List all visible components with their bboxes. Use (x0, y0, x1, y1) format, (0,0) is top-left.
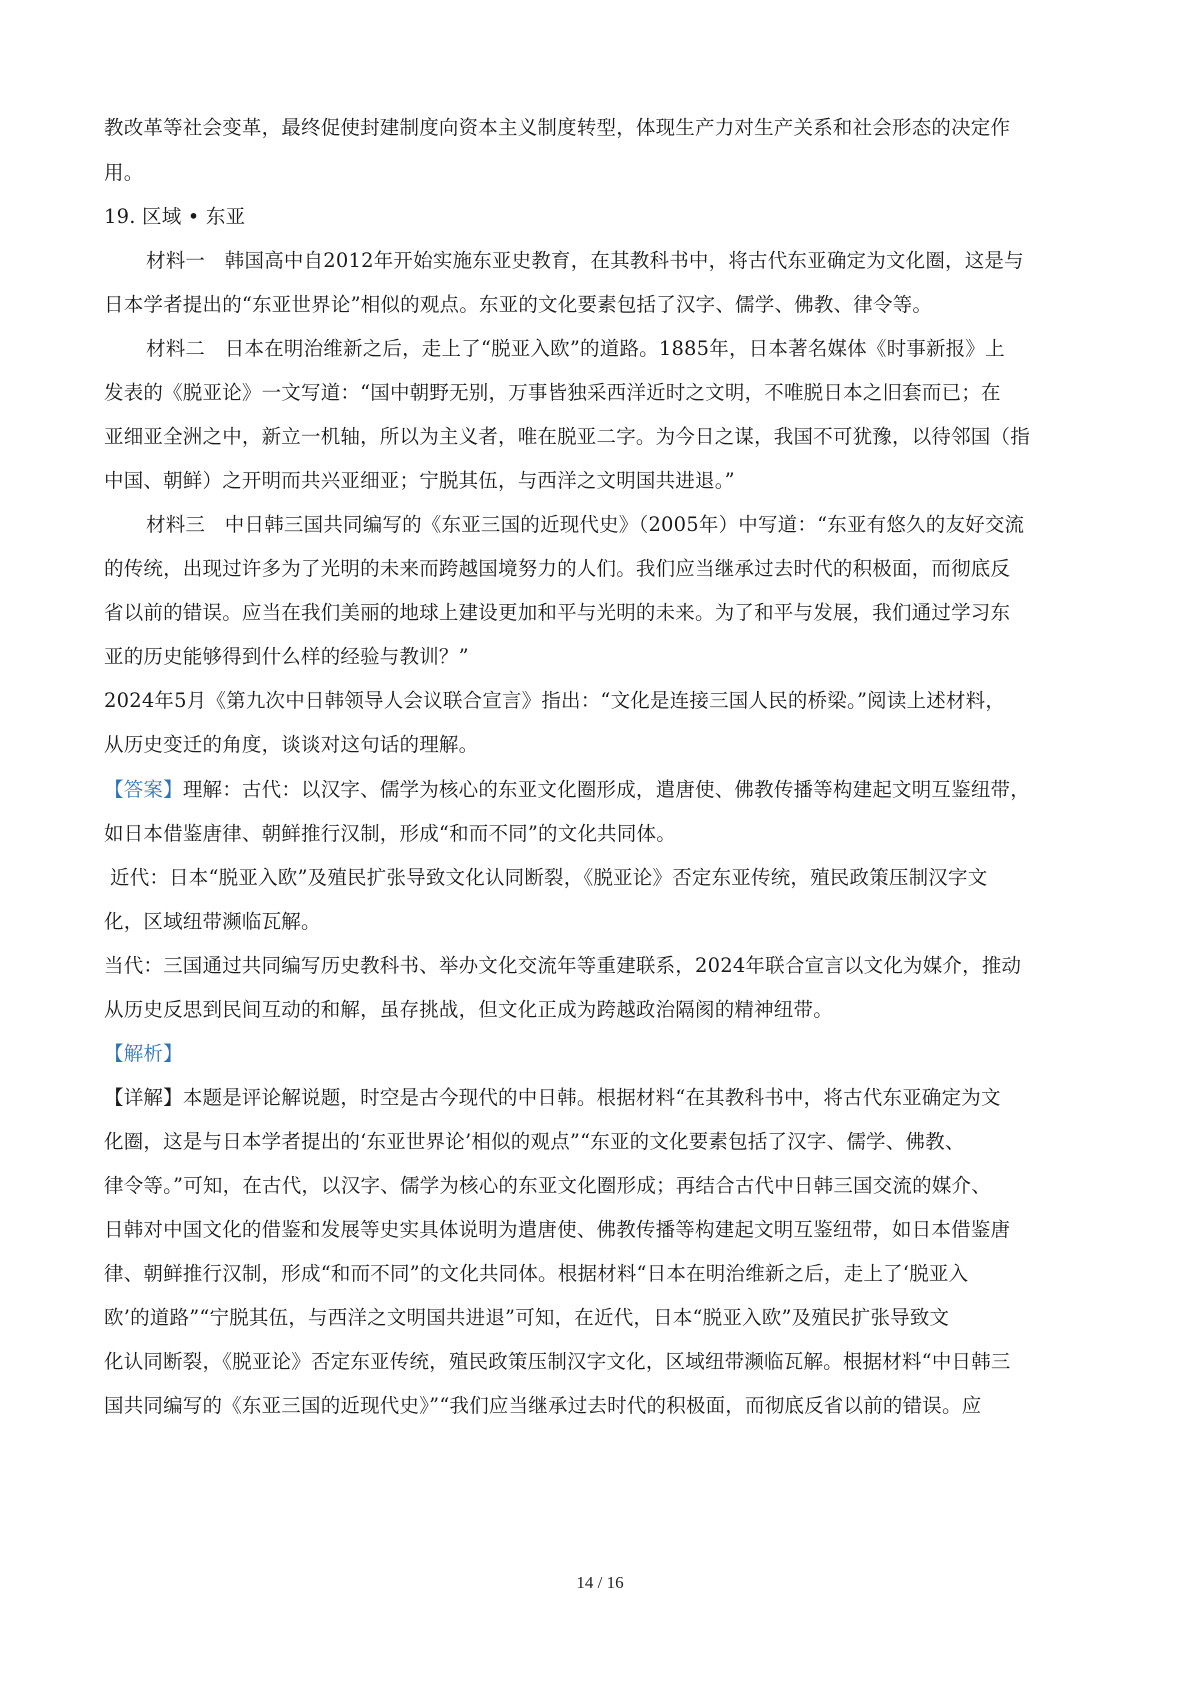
detail-line: 化认同断裂，《脱亚论》否定东亚传统，殖民政策压制汉字文化，区域纽带濒临瓦解。根据… (104, 1348, 1094, 1376)
answer-line: 当代：三国通过共同编写历史教科书、举办文化交流年等重建联系，2024年联合宣言以… (104, 952, 1094, 980)
page-number: 14 / 16 (0, 1573, 1200, 1593)
document-page: 教改革等社会变革，最终促使封建制度向资本主义制度转型，体现生产力对生产关系和社会… (0, 0, 1200, 1697)
question-prompt-line: 从历史变迁的角度，谈谈对这句话的理解。 (104, 731, 1094, 759)
material-two-line: 亚细亚全洲之中，新立一机轴，所以为主义者，唯在脱亚二字。为今日之谋，我国不可犹豫… (104, 423, 1094, 451)
detail-label: 【详解】 (104, 1086, 183, 1109)
analysis-label: 【解析】 (104, 1042, 183, 1065)
material-three-line: 材料三 中日韩三国共同编写的《东亚三国的近现代史》（2005年）中写道：“东亚有… (146, 511, 1136, 539)
detail-line: 律、朝鲜推行汉制，形成“和而不同”的文化共同体。根据材料“日本在明治维新之后，走… (104, 1260, 1094, 1288)
paragraph-line: 教改革等社会变革，最终促使封建制度向资本主义制度转型，体现生产力对生产关系和社会… (104, 114, 1094, 142)
material-three-line: 省以前的错误。应当在我们美丽的地球上建设更加和平与光明的未来。为了和平与发展，我… (104, 599, 1094, 627)
detail-line: 化圈，这是与日本学者提出的‘东亚世界论’相似的观点”“东亚的文化要素包括了汉字、… (104, 1128, 1094, 1156)
detail-line: 欧’的道路”“宁脱其伍，与西洋之文明国共进退”可知，在近代，日本“脱亚入欧”及殖… (104, 1304, 1094, 1332)
detail-line: 日韩对中国文化的借鉴和发展等史实具体说明为遣唐使、佛教传播等构建起文明互鉴纽带，… (104, 1216, 1094, 1244)
material-three-line: 的传统，出现过许多为了光明的未来而跨越国境努力的人们。我们应当继承过去时代的积极… (104, 555, 1094, 583)
detail-text: 本题是评论解说题，时空是古今现代的中日韩。根据材料“在其教科书中，将古代东亚确定… (183, 1086, 1001, 1109)
detail-line: 国共同编写的《东亚三国的近现代史》”“我们应当继承过去时代的积极面，而彻底反省以… (104, 1392, 1094, 1420)
answer-line: 从历史反思到民间互动的和解，虽存挑战，但文化正成为跨越政治隔阂的精神纽带。 (104, 996, 1094, 1024)
material-three-line: 亚的历史能够得到什么样的经验与教训？” (104, 643, 1094, 671)
material-one-line: 材料一 韩国高中自2012年开始实施东亚史教育，在其教科书中，将古代东亚确定为文… (146, 247, 1136, 275)
detail-line: 【详解】本题是评论解说题，时空是古今现代的中日韩。根据材料“在其教科书中，将古代… (104, 1084, 1094, 1112)
material-two-line: 发表的《脱亚论》一文写道：“国中朝野无别，万事皆独采西洋近时之文明，不唯脱日本之… (104, 379, 1094, 407)
analysis-heading: 【解析】 (104, 1040, 1094, 1068)
answer-line: 近代：日本“脱亚入欧”及殖民扩张导致文化认同断裂，《脱亚论》否定东亚传统，殖民政… (110, 864, 1100, 892)
answer-label: 【答案】 (104, 778, 183, 801)
paragraph-line: 用。 (104, 159, 1094, 187)
answer-line: 【答案】理解：古代：以汉字、儒学为核心的东亚文化圈形成，遣唐使、佛教传播等构建起… (104, 776, 1094, 804)
detail-line: 律令等。”可知，在古代，以汉字、儒学为核心的东亚文化圈形成；再结合古代中日韩三国… (104, 1172, 1094, 1200)
answer-line: 化，区域纽带濒临瓦解。 (104, 908, 1094, 936)
material-one-line: 日本学者提出的“东亚世界论”相似的观点。东亚的文化要素包括了汉字、儒学、佛教、律… (104, 291, 1094, 319)
question-title: 19. 区域 • 东亚 (104, 203, 1094, 231)
material-two-line: 材料二 日本在明治维新之后，走上了“脱亚入欧”的道路。1885年，日本著名媒体《… (146, 335, 1136, 363)
question-prompt-line: 2024年5月《第九次中日韩领导人会议联合宣言》指出：“文化是连接三国人民的桥梁… (104, 687, 1094, 715)
material-two-line: 中国、朝鲜）之开明而共兴亚细亚；宁脱其伍，与西洋之文明国共进退。” (104, 467, 1094, 495)
answer-text: 理解：古代：以汉字、儒学为核心的东亚文化圈形成，遣唐使、佛教传播等构建起文明互鉴… (183, 778, 1030, 801)
answer-line: 如日本借鉴唐律、朝鲜推行汉制，形成“和而不同”的文化共同体。 (104, 820, 1094, 848)
